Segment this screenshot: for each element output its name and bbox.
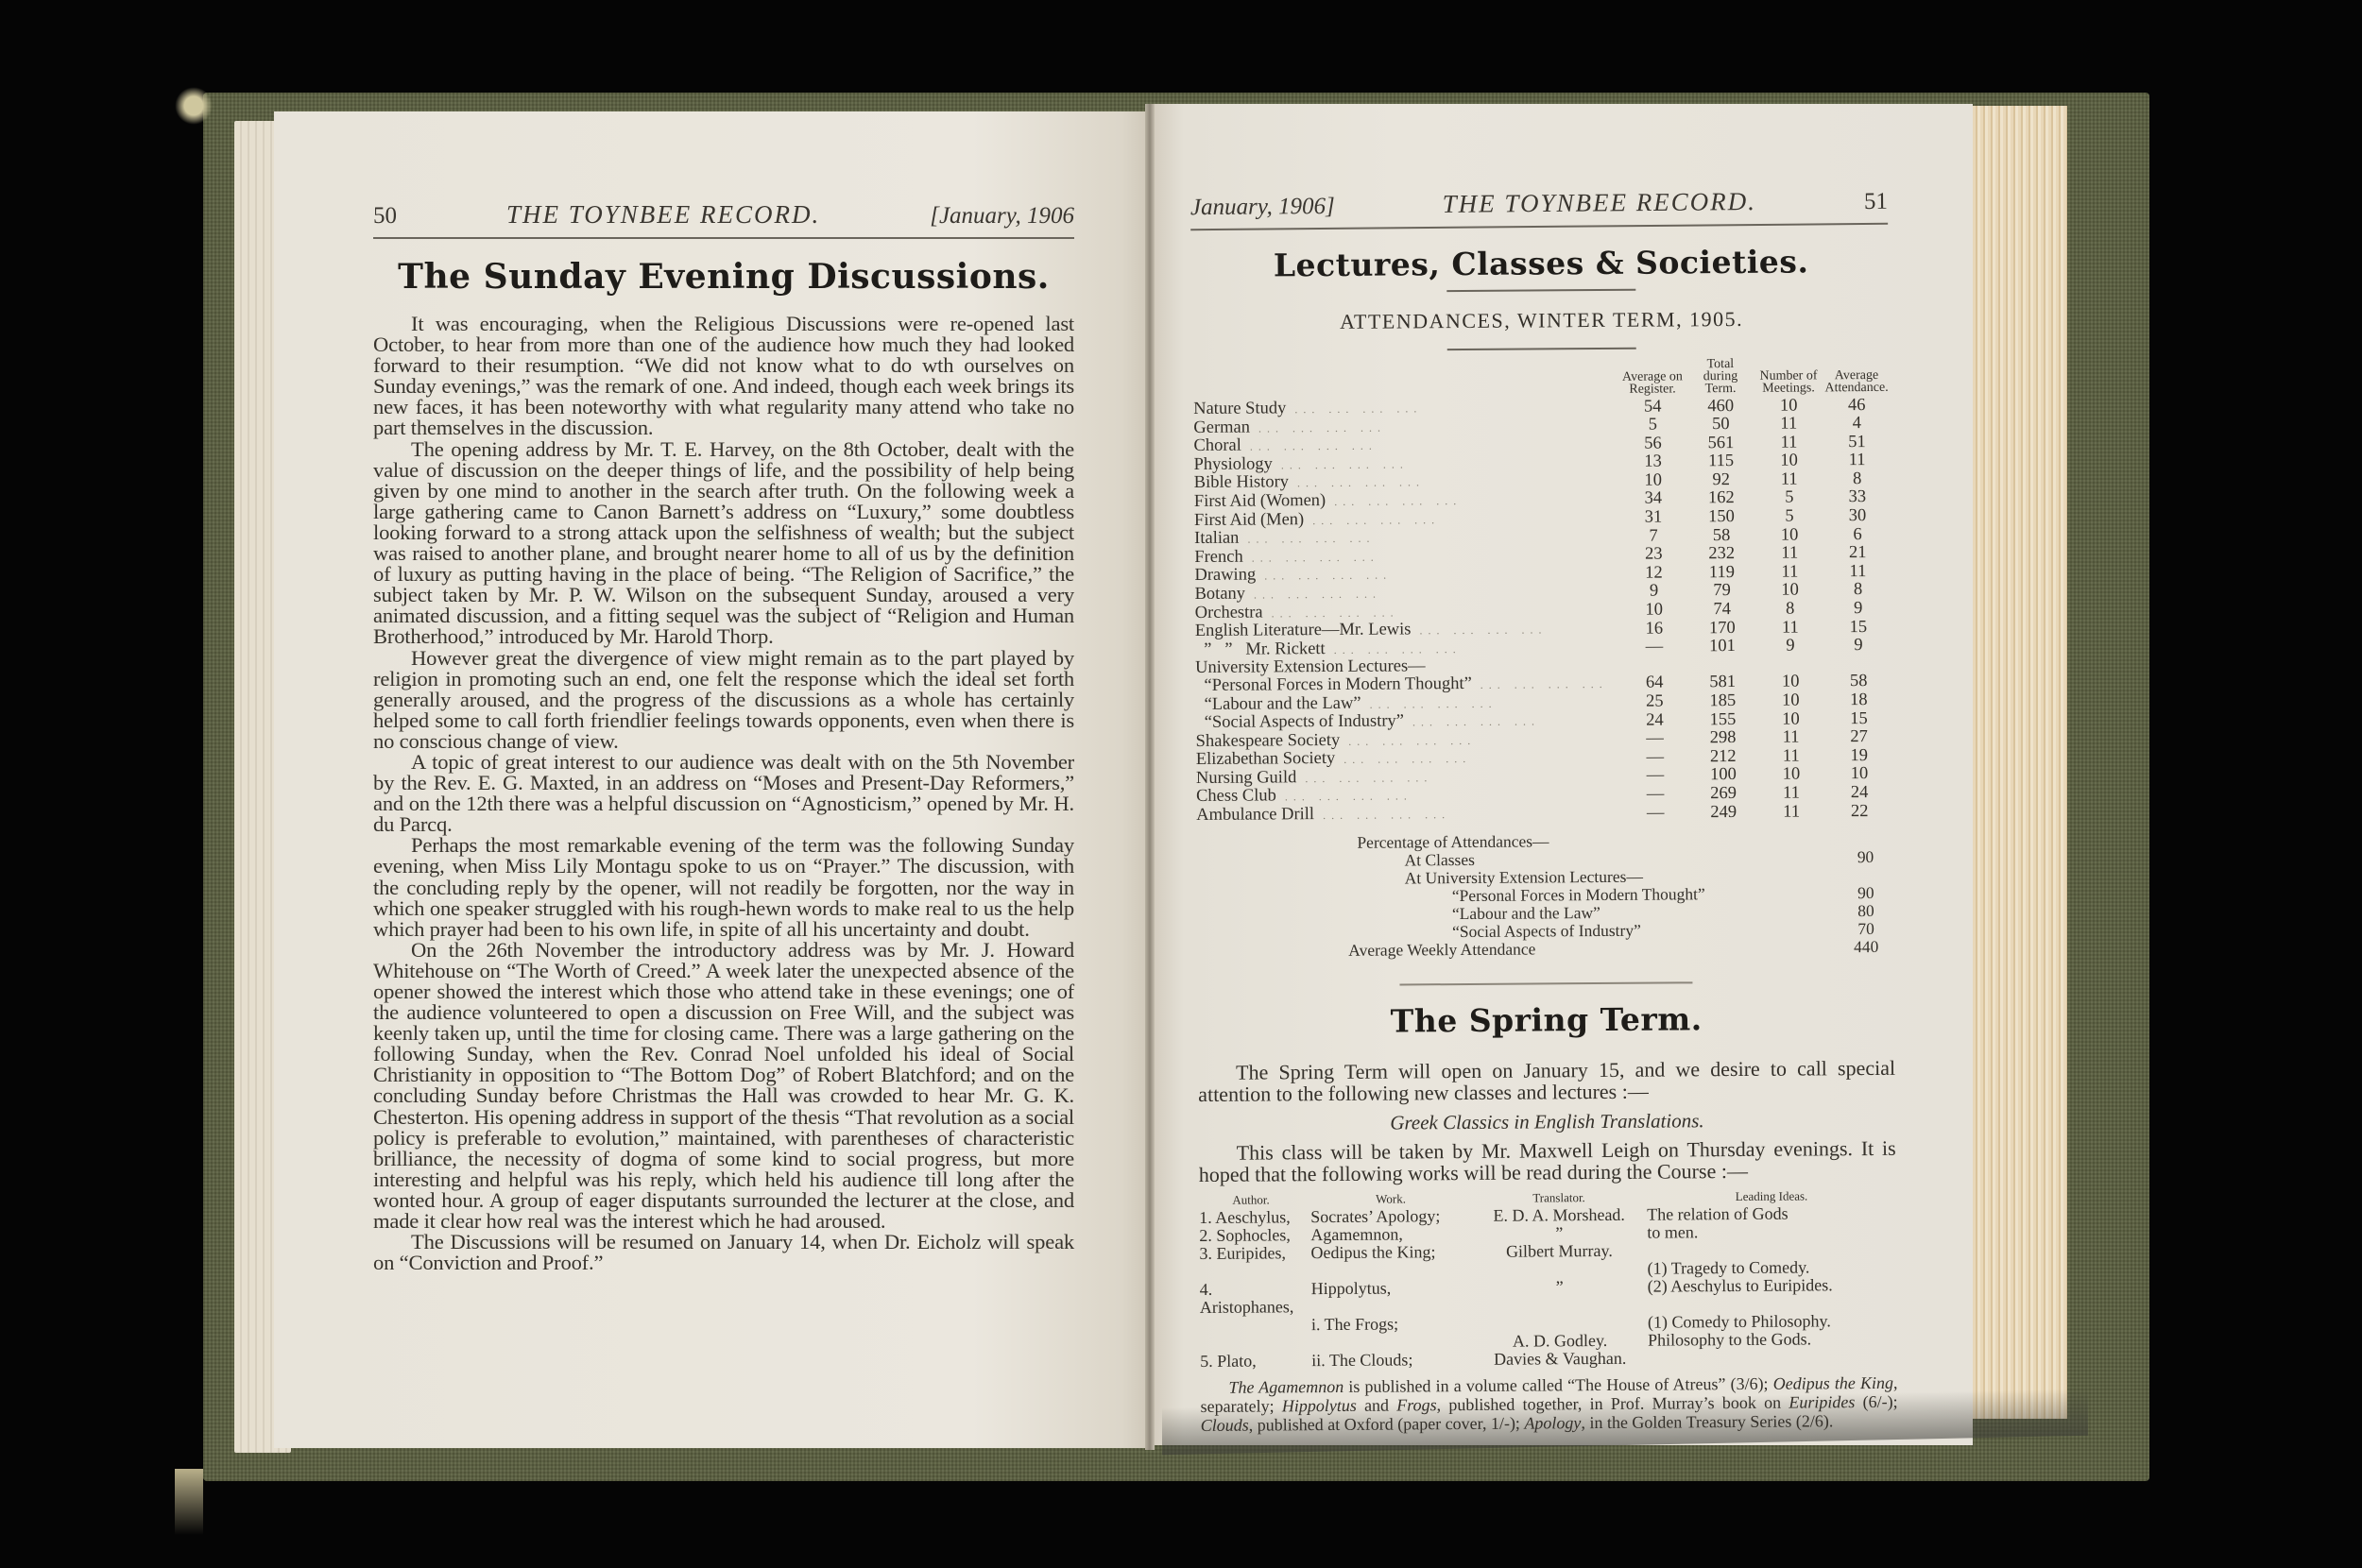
paragraph: The opening address by Mr. T. E. Harvey,… bbox=[373, 439, 1074, 648]
cell-total: 101 bbox=[1688, 638, 1756, 656]
cell-total: 115 bbox=[1687, 452, 1755, 471]
cell-total: 561 bbox=[1686, 434, 1754, 452]
frayed-corner bbox=[175, 87, 213, 125]
section-title: The Sunday Evening Discussions. bbox=[373, 257, 1074, 297]
section-title: Lectures, Classes & Societies. bbox=[1192, 243, 1890, 284]
paragraph: Perhaps the most remarkable evening of t… bbox=[373, 835, 1074, 939]
cell-register: 34 bbox=[1619, 489, 1687, 508]
leader-dots: ... ... ... ... bbox=[1286, 401, 1422, 416]
works-header: Author. bbox=[1199, 1190, 1303, 1209]
works-cell: A. D. Godley. bbox=[1480, 1331, 1640, 1350]
note-text: , published together, in Prof. Murray’s … bbox=[1437, 1392, 1789, 1414]
cell-total: 249 bbox=[1689, 803, 1757, 822]
percentage-label: Average Weekly Attendance bbox=[1197, 940, 1535, 960]
row-label-text: Botany bbox=[1194, 585, 1245, 604]
cell-register: 16 bbox=[1620, 619, 1688, 638]
works-cell: i. The Frogs; bbox=[1311, 1315, 1472, 1334]
cell-average: 46 bbox=[1823, 396, 1891, 415]
cell-meetings: 5 bbox=[1755, 507, 1823, 526]
leader-dots: ... ... ... ... bbox=[1245, 588, 1381, 602]
percentage-block: Percentage of Attendances— At Classes90A… bbox=[1196, 829, 1894, 960]
row-label-text: Elizabethan Society bbox=[1196, 749, 1336, 769]
cell-register: 31 bbox=[1619, 508, 1687, 527]
leader-dots: ... ... ... ... bbox=[1411, 623, 1547, 638]
cell-total: 119 bbox=[1687, 563, 1755, 582]
cell-average: 11 bbox=[1823, 562, 1891, 581]
journal-title: THE TOYNBEE RECORD. bbox=[506, 200, 820, 230]
note-italic: Hippolytus bbox=[1282, 1395, 1357, 1415]
cell-register: 9 bbox=[1619, 582, 1687, 601]
row-label-text: University Extension Lectures— bbox=[1195, 657, 1426, 677]
cell-register: 23 bbox=[1619, 545, 1687, 564]
leader-dots: ... ... ... ... bbox=[1304, 513, 1440, 527]
cell-meetings: 11 bbox=[1757, 728, 1825, 747]
percentage-row: Average Weekly Attendance440 bbox=[1197, 937, 1894, 960]
cell-meetings: 10 bbox=[1755, 525, 1823, 544]
running-head-left: 50 THE TOYNBEE RECORD. [January, 1906 bbox=[373, 200, 1074, 239]
works-cell: (2) Aeschylus to Euripides. bbox=[1648, 1275, 1897, 1313]
publication-note: The Agamemnon is published in a volume c… bbox=[1200, 1372, 1897, 1434]
leader-dots: ... ... ... ... bbox=[1256, 569, 1392, 583]
cell-average: 30 bbox=[1823, 506, 1891, 525]
cell-meetings: 5 bbox=[1755, 488, 1823, 507]
leader-dots: ... ... ... ... bbox=[1326, 642, 1462, 656]
cell-total: 185 bbox=[1688, 691, 1756, 710]
works-cell: Hippolytus, bbox=[1311, 1279, 1472, 1316]
col-header: Average Attendance. bbox=[1823, 357, 1891, 397]
paragraph: It was encouraging, when the Religious D… bbox=[373, 314, 1074, 439]
works-cell: ” bbox=[1479, 1223, 1639, 1242]
works-header: Leading Ideas. bbox=[1647, 1185, 1896, 1205]
cell-total: 92 bbox=[1687, 470, 1755, 489]
cell-register: 64 bbox=[1620, 673, 1688, 692]
issue-date: [January, 1906 bbox=[930, 203, 1074, 230]
article-body: It was encouraging, when the Religious D… bbox=[373, 314, 1074, 1273]
page-number: 51 bbox=[1864, 189, 1888, 215]
works-cell: Agamemnon, bbox=[1310, 1225, 1471, 1244]
note-italic: Oedipus the King bbox=[1773, 1373, 1893, 1393]
row-label-text: “Labour and the Law” bbox=[1195, 693, 1361, 713]
cell-total: 50 bbox=[1686, 415, 1754, 434]
leader-dots: ... ... ... ... bbox=[1263, 605, 1399, 620]
percentage-value: 70 bbox=[1838, 919, 1894, 937]
cell-average: 21 bbox=[1823, 544, 1891, 563]
cell-register: — bbox=[1621, 748, 1689, 767]
works-cell bbox=[1310, 1261, 1471, 1280]
divider bbox=[1399, 981, 1692, 985]
cell-total: 232 bbox=[1687, 545, 1755, 564]
attendance-rows: Nature Study ... ... ... ...544601046Ger… bbox=[1193, 396, 1893, 826]
col-header: Number of Meetings. bbox=[1754, 357, 1823, 397]
cell-register: 10 bbox=[1620, 601, 1688, 620]
percentage-value: 90 bbox=[1837, 847, 1893, 865]
row-label-text: Italian bbox=[1194, 529, 1239, 548]
row-label-text: First Aid (Men) bbox=[1194, 510, 1304, 530]
works-cell: 4. Aristophanes, bbox=[1200, 1280, 1304, 1317]
attendance-title: ATTENDANCES, WINTER TERM, 1905. bbox=[1192, 306, 1890, 335]
cell-average: 27 bbox=[1825, 728, 1893, 747]
cell-meetings: 10 bbox=[1756, 673, 1824, 691]
works-cell: 3. Euripides, bbox=[1199, 1244, 1303, 1263]
cell-meetings: 11 bbox=[1757, 784, 1825, 803]
course-title: Greek Classics in English Translations. bbox=[1198, 1107, 1895, 1135]
leader-dots: ... ... ... ... bbox=[1361, 696, 1497, 710]
row-label-text: Physiology bbox=[1194, 454, 1273, 474]
cell-register: 54 bbox=[1618, 397, 1686, 416]
paragraph: The Spring Term will open on January 15,… bbox=[1198, 1056, 1895, 1104]
book-gutter bbox=[1145, 104, 1155, 1450]
col-header: Average on Register. bbox=[1618, 358, 1686, 398]
cell-total: 298 bbox=[1689, 729, 1757, 748]
cell-meetings: 10 bbox=[1757, 765, 1825, 784]
works-cell: (1) Tragedy to Comedy. bbox=[1647, 1257, 1896, 1277]
note-italic: The Agamemnon bbox=[1228, 1377, 1344, 1397]
row-label-text: Drawing bbox=[1194, 566, 1256, 585]
works-cell bbox=[1479, 1259, 1639, 1278]
cell-total: 100 bbox=[1689, 766, 1757, 785]
row-label-text: Choral bbox=[1193, 436, 1241, 455]
paragraph: The Discussions will be resumed on Janua… bbox=[373, 1232, 1074, 1273]
cell-meetings: 11 bbox=[1754, 434, 1823, 452]
cell-total: 581 bbox=[1688, 673, 1756, 692]
note-italic: Clouds bbox=[1201, 1415, 1249, 1434]
cell-average: 24 bbox=[1825, 783, 1893, 802]
works-header: Translator. bbox=[1479, 1187, 1639, 1206]
works-cell: ” bbox=[1480, 1277, 1640, 1314]
leader-dots: ... ... ... ... bbox=[1273, 457, 1409, 471]
cell-meetings: 11 bbox=[1754, 415, 1823, 434]
percentage-label: “Social Aspects of Industry” bbox=[1197, 921, 1641, 942]
row-label-text: English Literature—Mr. Lewis bbox=[1195, 621, 1412, 641]
percentage-label: “Personal Forces in Modern Thought” bbox=[1197, 885, 1705, 907]
cell-meetings: 11 bbox=[1755, 563, 1823, 582]
cell-average: 11 bbox=[1823, 452, 1891, 470]
right-column: Lectures, Classes & Societies. ATTENDANC… bbox=[1192, 243, 1898, 1435]
cell-register: 10 bbox=[1619, 471, 1687, 490]
works-cell: Gilbert Murray. bbox=[1479, 1241, 1639, 1260]
cell-average: 22 bbox=[1825, 802, 1893, 821]
percentage-value: 440 bbox=[1838, 937, 1894, 955]
cell-meetings: 11 bbox=[1757, 747, 1825, 766]
cell-meetings: 10 bbox=[1756, 691, 1824, 710]
cell-average: 19 bbox=[1825, 746, 1893, 765]
table-row: Ambulance Drill ... ... ... ...—2491122 bbox=[1196, 802, 1893, 826]
row-label-text: Bible History bbox=[1194, 473, 1289, 493]
leader-dots: ... ... ... ... bbox=[1241, 439, 1378, 453]
leader-dots: ... ... ... ... bbox=[1335, 752, 1471, 766]
cell-total: 269 bbox=[1689, 784, 1757, 803]
page-edges-right bbox=[1973, 106, 2067, 1419]
leader-dots: ... ... ... ... bbox=[1314, 808, 1450, 822]
percentage-value: 90 bbox=[1838, 883, 1894, 901]
cell-meetings bbox=[1756, 656, 1824, 673]
cell-register: 25 bbox=[1620, 692, 1688, 711]
row-label-text: Shakespeare Society bbox=[1196, 731, 1341, 751]
issue-date: January, 1906] bbox=[1190, 194, 1335, 221]
cell-total: 79 bbox=[1687, 582, 1755, 601]
cell-register: 12 bbox=[1619, 564, 1687, 583]
journal-title: THE TOYNBEE RECORD. bbox=[1443, 187, 1757, 219]
frayed-corner bbox=[175, 1469, 203, 1535]
note-italic: Euripides bbox=[1789, 1392, 1855, 1411]
paragraph: A topic of great interest to our audienc… bbox=[373, 752, 1074, 835]
note-italic: Frogs bbox=[1396, 1395, 1436, 1414]
col-header: Total during Term. bbox=[1686, 358, 1754, 398]
cell-average bbox=[1824, 655, 1892, 673]
cell-total: 170 bbox=[1688, 619, 1756, 638]
works-cell: Socrates’ Apology; bbox=[1310, 1207, 1471, 1226]
divider bbox=[1447, 348, 1636, 350]
cell-register: — bbox=[1621, 803, 1689, 822]
row-label-text: Nursing Guild bbox=[1196, 768, 1297, 788]
works-cell bbox=[1647, 1239, 1896, 1259]
note-text: , published at Oxford (paper cover, 1/-)… bbox=[1249, 1413, 1525, 1434]
cell-register: — bbox=[1620, 638, 1688, 656]
works-table: Author.Work.Translator.Leading Ideas.1. … bbox=[1199, 1185, 1897, 1370]
cell-average: 9 bbox=[1824, 637, 1892, 656]
works-cell: Philosophy to the Gods. bbox=[1648, 1329, 1897, 1349]
row-label-text: Nature Study bbox=[1193, 399, 1286, 418]
cell-average: 15 bbox=[1824, 709, 1892, 728]
page-number: 50 bbox=[373, 203, 397, 230]
works-cell bbox=[1200, 1262, 1304, 1281]
works-cell: 1. Aeschylus, bbox=[1199, 1208, 1303, 1227]
cell-total: 460 bbox=[1686, 397, 1754, 416]
leader-dots: ... ... ... ... bbox=[1472, 677, 1608, 691]
cell-total: 155 bbox=[1688, 710, 1756, 729]
cell-average: 6 bbox=[1823, 525, 1891, 544]
leader-dots: ... ... ... ... bbox=[1276, 790, 1412, 804]
percentage-rows: At Classes90At University Extension Lect… bbox=[1196, 847, 1894, 960]
works-cell: Oedipus the King; bbox=[1310, 1243, 1471, 1262]
works-cell bbox=[1200, 1316, 1304, 1335]
works-cell: ii. The Clouds; bbox=[1311, 1351, 1472, 1370]
leader-dots: ... ... ... ... bbox=[1340, 734, 1476, 748]
attendance-table: Average on Register. Total during Term. … bbox=[1193, 357, 1893, 826]
row-label: “Personal Forces in Modern Thought” ... … bbox=[1195, 674, 1620, 696]
cell-total: 74 bbox=[1688, 600, 1756, 619]
cell-average: 10 bbox=[1825, 765, 1893, 784]
works-cell: (1) Comedy to Philosophy. bbox=[1648, 1311, 1897, 1331]
spring-term-section: The Spring Term. The Spring Term will op… bbox=[1198, 998, 1898, 1434]
cell-average: 58 bbox=[1824, 673, 1892, 691]
cell-total: 58 bbox=[1687, 526, 1755, 545]
cell-total bbox=[1688, 656, 1756, 673]
cell-average: 8 bbox=[1823, 469, 1891, 488]
running-head-right: January, 1906] THE TOYNBEE RECORD. 51 bbox=[1190, 186, 1888, 230]
cell-register: — bbox=[1621, 785, 1689, 804]
cell-average: 33 bbox=[1823, 488, 1891, 507]
row-label-text: “Social Aspects of Industry” bbox=[1195, 712, 1404, 733]
row-label-text: “Personal Forces in Modern Thought” bbox=[1195, 674, 1472, 695]
cell-average: 8 bbox=[1823, 581, 1891, 600]
works-cell: to men. bbox=[1647, 1221, 1896, 1241]
row-label: Ambulance Drill ... ... ... ... bbox=[1196, 804, 1621, 826]
cell-total: 162 bbox=[1687, 489, 1755, 508]
works-cell bbox=[1311, 1333, 1472, 1352]
row-label-text: French bbox=[1194, 547, 1243, 566]
cell-meetings: 11 bbox=[1755, 470, 1823, 489]
works-cell bbox=[1200, 1334, 1304, 1353]
leader-dots: ... ... ... ... bbox=[1326, 494, 1462, 508]
row-label-text: Chess Club bbox=[1196, 787, 1276, 807]
cell-average: 18 bbox=[1824, 690, 1892, 709]
cell-meetings: 11 bbox=[1756, 618, 1824, 637]
cell-register: 56 bbox=[1618, 435, 1686, 453]
works-cell bbox=[1648, 1347, 1897, 1367]
leader-dots: ... ... ... ... bbox=[1239, 532, 1375, 546]
works-cell: E. D. A. Morshead. bbox=[1479, 1205, 1639, 1224]
row-label-text: German bbox=[1193, 418, 1250, 436]
works-cell bbox=[1480, 1313, 1640, 1332]
works-cell: The relation of Gods bbox=[1647, 1203, 1896, 1223]
note-italic: Apology bbox=[1524, 1413, 1581, 1432]
percentage-value bbox=[1838, 865, 1894, 883]
paragraph: On the 26th November the introductory ad… bbox=[373, 940, 1074, 1232]
works-cell: 2. Sophocles, bbox=[1199, 1226, 1303, 1245]
cell-register: 5 bbox=[1618, 416, 1686, 435]
cell-meetings: 8 bbox=[1756, 600, 1824, 619]
note-text: (6/-); bbox=[1855, 1391, 1897, 1410]
cell-register: 24 bbox=[1620, 710, 1688, 729]
cell-meetings: 9 bbox=[1756, 637, 1824, 656]
cell-average: 51 bbox=[1823, 433, 1891, 452]
cell-meetings: 10 bbox=[1755, 581, 1823, 600]
note-text: and bbox=[1357, 1395, 1397, 1414]
cell-average: 4 bbox=[1823, 414, 1891, 433]
leader-dots: ... ... ... ... bbox=[1404, 715, 1540, 729]
section-title: The Spring Term. bbox=[1198, 998, 1895, 1040]
cell-register: — bbox=[1621, 729, 1689, 748]
paragraph: However great the divergence of view mig… bbox=[373, 648, 1074, 752]
leader-dots: ... ... ... ... bbox=[1289, 476, 1425, 490]
cell-register bbox=[1620, 656, 1688, 674]
row-label-text: ” ” Mr. Rickett bbox=[1195, 639, 1326, 659]
note-text: , in the Golden Treasury Series (2/6). bbox=[1581, 1411, 1833, 1432]
row-label-text: First Aid (Women) bbox=[1194, 491, 1326, 511]
paragraph: This class will be taken by Mr. Maxwell … bbox=[1199, 1136, 1896, 1185]
cell-register: — bbox=[1621, 766, 1689, 785]
cell-meetings: 10 bbox=[1754, 396, 1823, 415]
cell-average: 15 bbox=[1824, 618, 1892, 637]
leader-dots: ... ... ... ... bbox=[1296, 771, 1432, 785]
col-name bbox=[1193, 359, 1618, 401]
row-label-text: Ambulance Drill bbox=[1196, 805, 1314, 825]
cell-register: 13 bbox=[1619, 452, 1687, 471]
cell-meetings: 10 bbox=[1756, 709, 1824, 728]
cell-meetings: 11 bbox=[1755, 544, 1823, 563]
cell-total: 150 bbox=[1687, 507, 1755, 526]
leader-dots: ... ... ... ... bbox=[1243, 550, 1379, 564]
cell-total: 212 bbox=[1689, 747, 1757, 766]
row-label-text: Orchestra bbox=[1195, 603, 1263, 622]
works-header: Work. bbox=[1310, 1189, 1471, 1208]
cell-meetings: 11 bbox=[1757, 802, 1825, 821]
cell-register: 7 bbox=[1619, 527, 1687, 546]
works-cell: Davies & Vaughan. bbox=[1480, 1349, 1640, 1368]
percentage-value: 80 bbox=[1838, 901, 1894, 919]
cell-meetings: 10 bbox=[1755, 452, 1823, 470]
leader-dots: ... ... ... ... bbox=[1250, 420, 1386, 435]
divider bbox=[1446, 289, 1635, 292]
cell-average: 9 bbox=[1824, 599, 1892, 618]
works-cell: 5. Plato, bbox=[1200, 1352, 1304, 1371]
